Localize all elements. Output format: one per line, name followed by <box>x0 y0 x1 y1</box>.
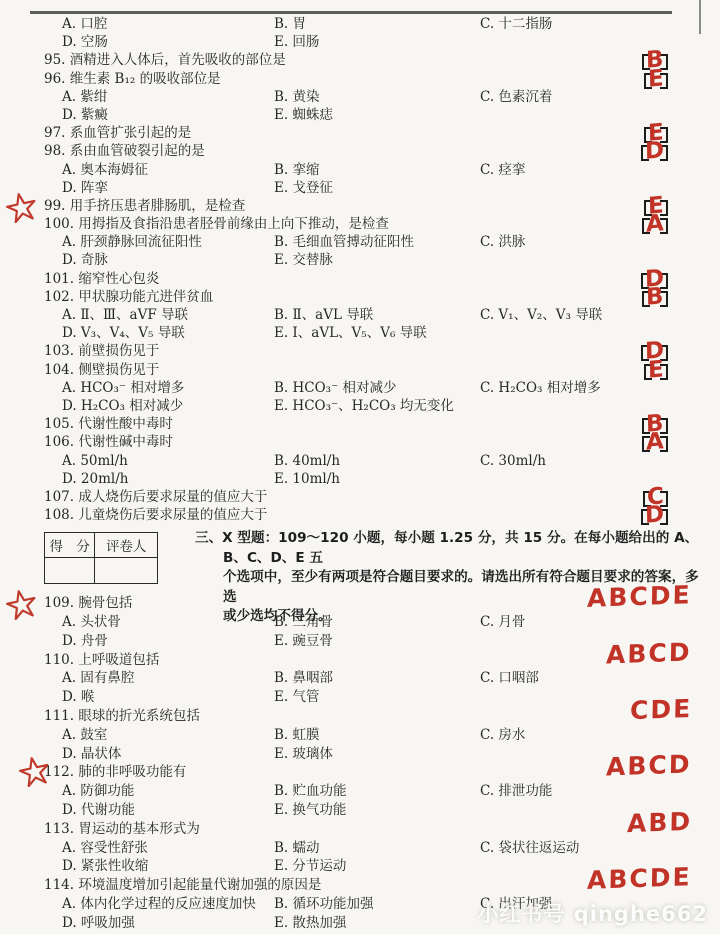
question-line: 113. 胃运动的基本形式为ABD <box>44 820 720 839</box>
answer-bracket: D <box>641 143 668 162</box>
option-text: B. 40ml/h <box>274 452 480 470</box>
option-text: C. 十二指肠 <box>480 15 720 33</box>
handwritten-answer: ABCD <box>606 643 692 665</box>
option-text: E. 蜘蛛痣 <box>274 106 480 124</box>
options-row: A. 50ml/hB. 40ml/hC. 30ml/h <box>44 452 720 470</box>
question-line: 102. 甲状腺功能亢进伴贫血B <box>44 288 720 306</box>
handwritten-answer: B <box>646 287 664 308</box>
handwritten-answer: A <box>646 214 664 235</box>
option-text: E. Ⅰ、aVL、V₅、V₆ 导联 <box>274 324 480 342</box>
option-text: A. 容受性舒张 <box>62 839 274 858</box>
question-text: 103. 前壁损伤见于 <box>44 343 159 359</box>
option-text: A. 防御功能 <box>62 782 274 801</box>
question-line: 98. 系由血管破裂引起的是D <box>44 142 720 160</box>
option-text: D. 代谢功能 <box>62 801 274 820</box>
option-text: E. 散热加强 <box>274 914 480 933</box>
options-row: A. 紫绀B. 黄染C. 色素沉着 <box>44 88 720 106</box>
star-mark-icon <box>17 756 52 787</box>
option-text: D. 阵挛 <box>62 179 274 197</box>
option-text: A. 体内化学过程的反应速度加快 <box>62 895 274 914</box>
options-row: D. 紫癜E. 蜘蛛痣 <box>44 106 720 124</box>
options-row: D. 20ml/hE. 10ml/h <box>44 470 720 488</box>
question-text: 108. 儿童烧伤后要求尿量的值应大于 <box>44 507 267 523</box>
answer-bracket: E <box>644 71 668 90</box>
option-text: D. H₂CO₃ 相对减少 <box>62 397 274 415</box>
answer-bracket: E <box>644 362 668 381</box>
option-text: E. 交替脉 <box>274 251 480 269</box>
option-text: C. 30ml/h <box>480 452 720 470</box>
options-row: D. 奇脉E. 交替脉 <box>44 251 720 269</box>
option-text: D. 呼吸加强 <box>62 914 274 933</box>
star-mark-icon <box>4 192 39 223</box>
option-text: A. 头状骨 <box>62 613 274 632</box>
option-text: A. Ⅱ、Ⅲ、aVF 导联 <box>62 306 274 324</box>
question-line: 99. 用手挤压患者腓肠肌，是检查E <box>44 197 720 215</box>
handwritten-answer: A <box>646 433 664 454</box>
option-text: D. V₃、V₄、V₅ 导联 <box>62 324 274 342</box>
score-box-header-score: 得 分 <box>45 533 95 558</box>
options-row: A. Ⅱ、Ⅲ、aVF 导联B. Ⅱ、aVL 导联C. V₁、V₂、V₃ 导联 <box>44 306 720 324</box>
options-row: D. H₂CO₃ 相对减少E. HCO₃⁻、H₂CO₃ 均无变化 <box>44 397 720 415</box>
option-text: C. 月骨 <box>480 613 720 632</box>
option-text: C. H₂CO₃ 相对增多 <box>480 379 720 397</box>
star-mark-icon <box>4 589 39 620</box>
question-line: 97. 系血管扩张引起的是E <box>44 124 720 142</box>
questions-part2: 109. 腕骨包括ABCDEA. 头状骨B. 三角骨C. 月骨D. 舟骨E. 豌… <box>44 594 720 932</box>
question-line: 108. 儿童烧伤后要求尿量的值应大于D <box>44 506 720 524</box>
option-text: E. 戈登征 <box>274 179 480 197</box>
options-row: D. V₃、V₄、V₅ 导联E. Ⅰ、aVL、V₅、V₆ 导联 <box>44 324 720 342</box>
option-text: C. 排泄功能 <box>480 782 720 801</box>
answer-bracket: B <box>642 289 668 308</box>
question-text: 114. 环境温度增加引起能量代谢加强的原因是 <box>44 877 321 893</box>
option-text: C. V₁、V₂、V₃ 导联 <box>480 306 720 324</box>
question-text: 111. 眼球的折光系统包括 <box>44 708 200 724</box>
question-line: 109. 腕骨包括ABCDE <box>44 594 720 613</box>
options-row: D. 代谢功能E. 换气功能 <box>44 801 720 820</box>
question-text: 102. 甲状腺功能亢进伴贫血 <box>44 289 213 305</box>
options-row: D. 空肠E. 回肠 <box>44 33 720 51</box>
question-line: 111. 眼球的折光系统包括CDE <box>44 707 720 726</box>
question-line: 95. 酒精进入人体后，首先吸收的部位是B <box>44 51 720 69</box>
options-row: A. 鼓室B. 虹膜C. 房水 <box>44 726 720 745</box>
handwritten-answer: ABCDE <box>587 586 692 608</box>
option-text: A. 鼓室 <box>62 726 274 745</box>
option-text: E. 10ml/h <box>274 470 480 488</box>
score-box-empty-score <box>45 558 95 583</box>
option-text: E. 气管 <box>274 688 480 707</box>
question-text: 105. 代谢性酸中毒时 <box>44 416 173 432</box>
option-text: D. 晶状体 <box>62 745 274 764</box>
question-line: 105. 代谢性酸中毒时B <box>44 415 720 433</box>
option-text: B. 蠕动 <box>274 839 480 858</box>
score-box: 得 分 评卷人 <box>44 532 158 584</box>
option-text: C. 房水 <box>480 726 720 745</box>
option-text: C. 袋状往返运动 <box>480 839 720 858</box>
options-row: A. 肝颈静脉回流征阳性B. 毛细血管搏动征阳性C. 洪脉 <box>44 233 720 251</box>
option-text: C. 色素沉着 <box>480 88 720 106</box>
options-row: A. 防御功能B. 贮血功能C. 排泄功能 <box>44 782 720 801</box>
option-text: B. 虹膜 <box>274 726 480 745</box>
question-line: 110. 上呼吸道包括ABCD <box>44 651 720 670</box>
option-text: E. 换气功能 <box>274 801 480 820</box>
question-text: 107. 成人烧伤后要求尿量的值应大于 <box>44 489 267 505</box>
option-text: A. HCO₃⁻ 相对增多 <box>62 379 274 397</box>
exam-sheet: A. 口腔B. 胃C. 十二指肠D. 空肠E. 回肠95. 酒精进入人体后，首先… <box>0 15 720 933</box>
options-row: A. 固有鼻腔B. 鼻咽部C. 口咽部 <box>44 669 720 688</box>
option-text: D. 舟骨 <box>62 632 274 651</box>
question-text: 99. 用手挤压患者腓肠肌，是检查 <box>44 198 245 214</box>
question-line: 96. 维生素 B₁₂ 的吸收部位是E <box>44 70 720 88</box>
option-text: B. 胃 <box>274 15 480 33</box>
option-text: B. 挛缩 <box>274 161 480 179</box>
option-text: D. 20ml/h <box>62 470 274 488</box>
option-text: D. 空肠 <box>62 33 274 51</box>
question-line: 104. 侧壁损伤见于E <box>44 361 720 379</box>
options-row: A. 容受性舒张B. 蠕动C. 袋状往返运动 <box>44 839 720 858</box>
option-text: E. 回肠 <box>274 33 480 51</box>
handwritten-answer: CDE <box>630 700 692 721</box>
answer-bracket: A <box>642 216 668 235</box>
question-text: 97. 系血管扩张引起的是 <box>44 125 191 141</box>
question-text: 112. 肺的非呼吸功能有 <box>44 764 186 780</box>
questions-part1: A. 口腔B. 胃C. 十二指肠D. 空肠E. 回肠95. 酒精进入人体后，首先… <box>44 15 720 524</box>
question-line: 101. 缩窄性心包炎D <box>44 270 720 288</box>
options-row: A. HCO₃⁻ 相对增多B. HCO₃⁻ 相对减少C. H₂CO₃ 相对增多 <box>44 379 720 397</box>
option-text: B. 黄染 <box>274 88 480 106</box>
watermark: 小红书号 qinghe662 <box>477 898 708 928</box>
option-text: D. 奇脉 <box>62 251 274 269</box>
option-text: A. 肝颈静脉回流征阳性 <box>62 233 274 251</box>
option-text: B. 毛细血管搏动征阳性 <box>274 233 480 251</box>
question-text: 113. 胃运动的基本形式为 <box>44 821 200 837</box>
score-box-header-grader: 评卷人 <box>95 533 157 558</box>
question-line: 114. 环境温度增加引起能量代谢加强的原因是ABCDE <box>44 876 720 895</box>
option-text: D. 喉 <box>62 688 274 707</box>
question-line: 112. 肺的非呼吸功能有ABCD <box>44 763 720 782</box>
options-row: A. 奥本海姆征B. 挛缩C. 痉挛 <box>44 161 720 179</box>
question-text: 109. 腕骨包括 <box>44 595 132 611</box>
question-text: 98. 系由血管破裂引起的是 <box>44 143 205 159</box>
option-text: E. 豌豆骨 <box>274 632 480 651</box>
handwritten-answer: ABCD <box>606 756 692 778</box>
option-text: B. 鼻咽部 <box>274 669 480 688</box>
question-line: 100. 用拇指及食指沿患者胫骨前缘由上向下推动，是检查A <box>44 215 720 233</box>
score-box-empty-grader <box>95 558 157 583</box>
question-line: 106. 代谢性碱中毒时A <box>44 433 720 451</box>
option-text: A. 固有鼻腔 <box>62 669 274 688</box>
handwritten-answer: D <box>645 141 664 162</box>
options-row: A. 口腔B. 胃C. 十二指肠 <box>44 15 720 33</box>
option-text: E. HCO₃⁻、H₂CO₃ 均无变化 <box>274 397 480 415</box>
option-text: A. 口腔 <box>62 15 274 33</box>
question-text: 106. 代谢性碱中毒时 <box>44 434 173 450</box>
answer-bracket: D <box>641 507 668 526</box>
handwritten-answer: ABD <box>627 813 692 834</box>
option-text: C. 口咽部 <box>480 669 720 688</box>
question-text: 96. 维生素 B₁₂ 的吸收部位是 <box>44 71 221 87</box>
option-text: A. 奥本海姆征 <box>62 161 274 179</box>
option-text: B. 循环功能加强 <box>274 895 480 914</box>
question-line: 103. 前壁损伤见于D <box>44 342 720 360</box>
page-top-rule <box>30 11 672 14</box>
answer-bracket: A <box>642 434 668 453</box>
handwritten-answer: E <box>648 69 664 89</box>
question-text: 101. 缩窄性心包炎 <box>44 271 159 287</box>
option-text: C. 洪脉 <box>480 233 720 251</box>
options-row: A. 头状骨B. 三角骨C. 月骨 <box>44 613 720 632</box>
option-text: E. 玻璃体 <box>274 745 480 764</box>
option-text: E. 分节运动 <box>274 857 480 876</box>
handwritten-answer: D <box>645 505 664 526</box>
option-text: D. 紧张性收缩 <box>62 857 274 876</box>
option-text: B. Ⅱ、aVL 导联 <box>274 306 480 324</box>
question-line: 107. 成人烧伤后要求尿量的值应大于C <box>44 488 720 506</box>
question-text: 100. 用拇指及食指沿患者胫骨前缘由上向下推动，是检查 <box>44 216 389 232</box>
option-text: D. 紫癜 <box>62 106 274 124</box>
options-row: D. 喉E. 气管 <box>44 688 720 707</box>
option-text: B. HCO₃⁻ 相对减少 <box>274 379 480 397</box>
option-text: A. 50ml/h <box>62 452 274 470</box>
options-row: D. 阵挛E. 戈登征 <box>44 179 720 197</box>
question-text: 104. 侧壁损伤见于 <box>44 362 159 378</box>
question-text: 110. 上呼吸道包括 <box>44 652 159 668</box>
option-text: B. 三角骨 <box>274 613 480 632</box>
handwritten-answer: E <box>648 360 664 380</box>
option-text: A. 紫绀 <box>62 88 274 106</box>
option-text: C. 痉挛 <box>480 161 720 179</box>
option-text: B. 贮血功能 <box>274 782 480 801</box>
question-text: 95. 酒精进入人体后，首先吸收的部位是 <box>44 52 286 68</box>
handwritten-answer: ABCDE <box>587 868 692 890</box>
